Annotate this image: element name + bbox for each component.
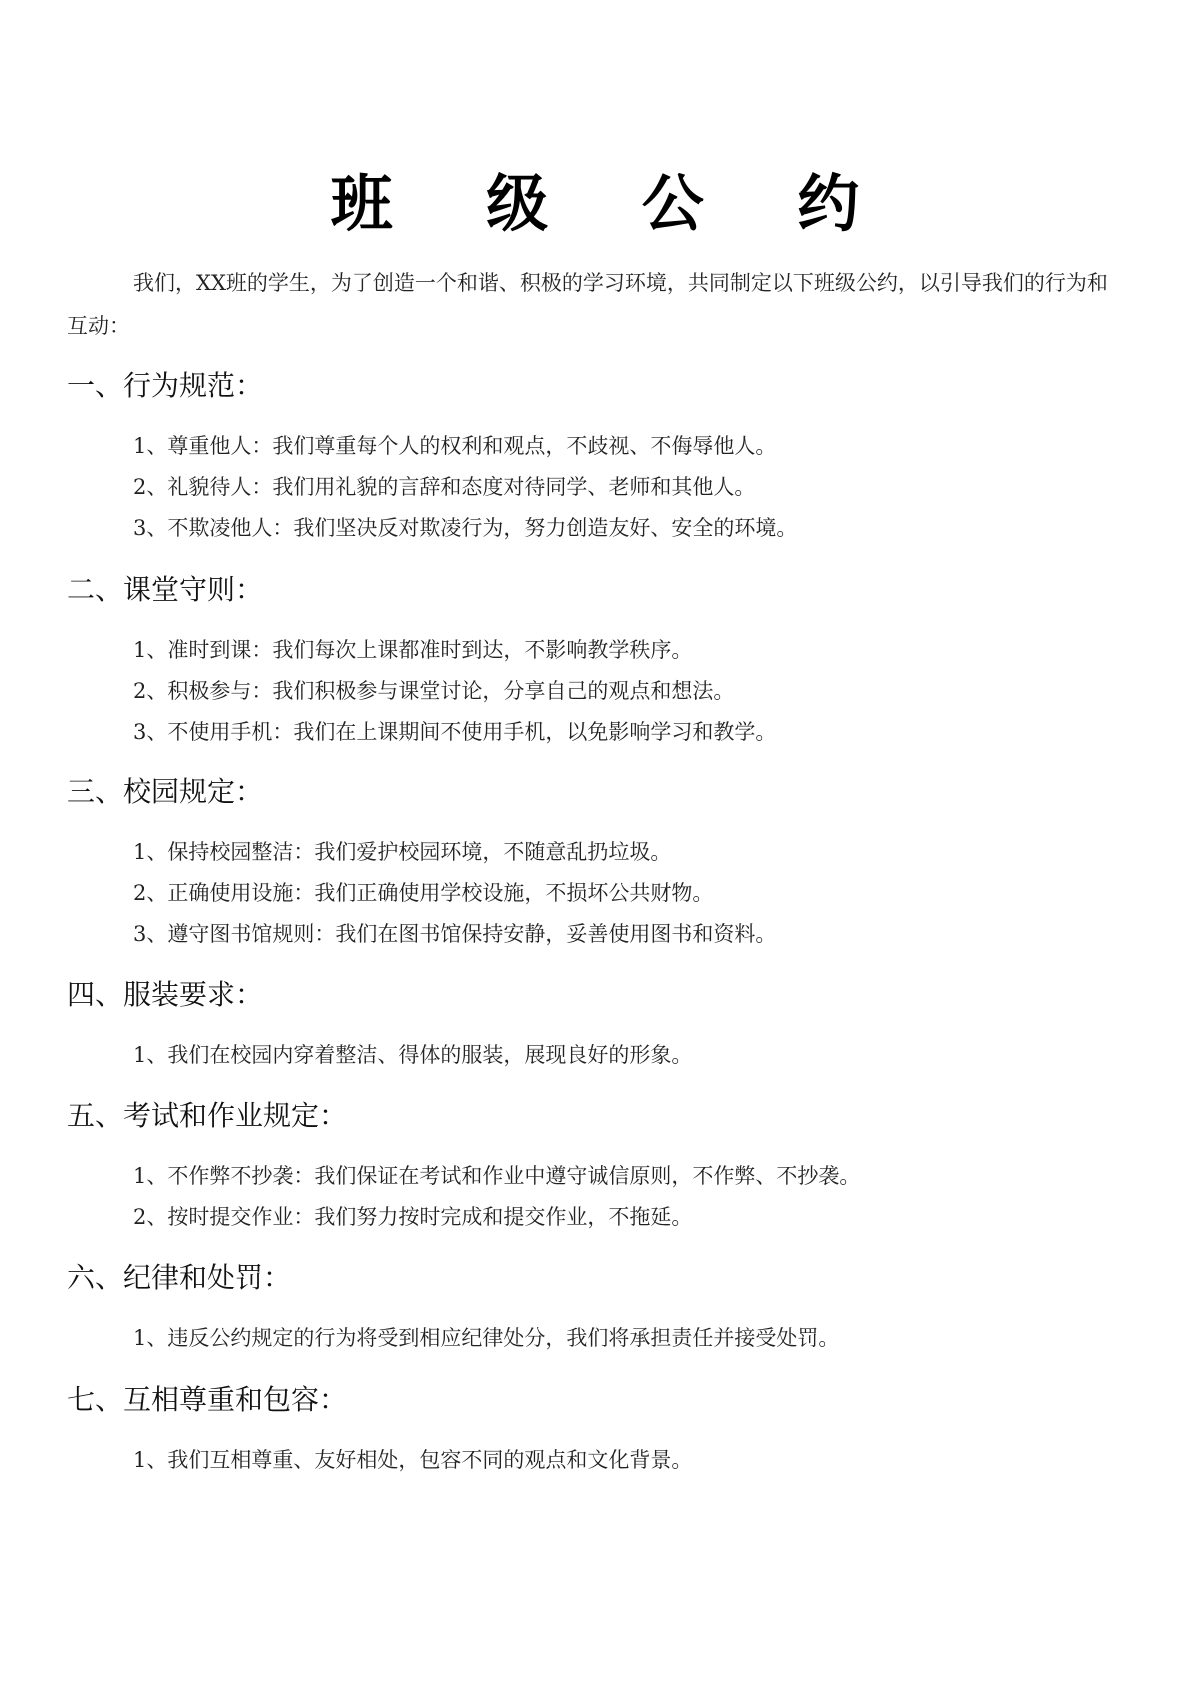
list-item: 1、尊重他人：我们尊重每个人的权利和观点，不歧视、不侮辱他人。: [67, 426, 1127, 467]
section-discipline: 六、纪律和处罚： 1、违反公约规定的行为将受到相应纪律处分，我们将承担责任并接受…: [67, 1258, 1127, 1359]
list-item: 2、礼貌待人：我们用礼貌的言辞和态度对待同学、老师和其他人。: [67, 467, 1127, 508]
document-title: 班 级 公 约: [0, 164, 1190, 244]
section-heading: 二、课堂守则：: [67, 570, 1127, 610]
section-heading: 一、行为规范：: [67, 366, 1127, 406]
section-classroom: 二、课堂守则： 1、准时到课：我们每次上课都准时到达，不影响教学秩序。 2、积极…: [67, 570, 1127, 753]
list-item: 1、我们在校园内穿着整洁、得体的服装，展现良好的形象。: [67, 1035, 1127, 1076]
section-dress: 四、服装要求： 1、我们在校园内穿着整洁、得体的服装，展现良好的形象。: [67, 975, 1127, 1076]
list-item: 1、我们互相尊重、友好相处，包容不同的观点和文化背景。: [67, 1440, 1127, 1481]
document-page: 班 级 公 约 我们，XX班的学生，为了创造一个和谐、积极的学习环境，共同制定以…: [0, 0, 1190, 1683]
section-items: 1、违反公约规定的行为将受到相应纪律处分，我们将承担责任并接受处罚。: [67, 1318, 1127, 1359]
list-item: 3、遵守图书馆规则：我们在图书馆保持安静，妥善使用图书和资料。: [67, 914, 1127, 955]
section-items: 1、尊重他人：我们尊重每个人的权利和观点，不歧视、不侮辱他人。 2、礼貌待人：我…: [67, 426, 1127, 549]
list-item: 2、按时提交作业：我们努力按时完成和提交作业，不拖延。: [67, 1197, 1127, 1238]
section-items: 1、我们互相尊重、友好相处，包容不同的观点和文化背景。: [67, 1440, 1127, 1481]
section-heading: 五、考试和作业规定：: [67, 1096, 1127, 1136]
list-item: 3、不欺凌他人：我们坚决反对欺凌行为，努力创造友好、安全的环境。: [67, 508, 1127, 549]
section-campus: 三、校园规定： 1、保持校园整洁：我们爱护校园环境，不随意乱扔垃圾。 2、正确使…: [67, 772, 1127, 955]
list-item: 2、正确使用设施：我们正确使用学校设施，不损坏公共财物。: [67, 873, 1127, 914]
section-items: 1、我们在校园内穿着整洁、得体的服装，展现良好的形象。: [67, 1035, 1127, 1076]
section-respect: 七、互相尊重和包容： 1、我们互相尊重、友好相处，包容不同的观点和文化背景。: [67, 1380, 1127, 1481]
section-heading: 七、互相尊重和包容：: [67, 1380, 1127, 1420]
intro-paragraph: 我们，XX班的学生，为了创造一个和谐、积极的学习环境，共同制定以下班级公约，以引…: [67, 262, 1127, 348]
list-item: 2、积极参与：我们积极参与课堂讨论，分享自己的观点和想法。: [67, 671, 1127, 712]
list-item: 1、不作弊不抄袭：我们保证在考试和作业中遵守诚信原则，不作弊、不抄袭。: [67, 1156, 1127, 1197]
section-behavior: 一、行为规范： 1、尊重他人：我们尊重每个人的权利和观点，不歧视、不侮辱他人。 …: [67, 366, 1127, 549]
list-item: 1、违反公约规定的行为将受到相应纪律处分，我们将承担责任并接受处罚。: [67, 1318, 1127, 1359]
section-items: 1、保持校园整洁：我们爱护校园环境，不随意乱扔垃圾。 2、正确使用设施：我们正确…: [67, 832, 1127, 955]
list-item: 1、准时到课：我们每次上课都准时到达，不影响教学秩序。: [67, 630, 1127, 671]
list-item: 1、保持校园整洁：我们爱护校园环境，不随意乱扔垃圾。: [67, 832, 1127, 873]
section-heading: 六、纪律和处罚：: [67, 1258, 1127, 1298]
section-heading: 四、服装要求：: [67, 975, 1127, 1015]
section-items: 1、准时到课：我们每次上课都准时到达，不影响教学秩序。 2、积极参与：我们积极参…: [67, 630, 1127, 753]
list-item: 3、不使用手机：我们在上课期间不使用手机，以免影响学习和教学。: [67, 712, 1127, 753]
section-items: 1、不作弊不抄袭：我们保证在考试和作业中遵守诚信原则，不作弊、不抄袭。 2、按时…: [67, 1156, 1127, 1238]
section-heading: 三、校园规定：: [67, 772, 1127, 812]
section-exams: 五、考试和作业规定： 1、不作弊不抄袭：我们保证在考试和作业中遵守诚信原则，不作…: [67, 1096, 1127, 1238]
